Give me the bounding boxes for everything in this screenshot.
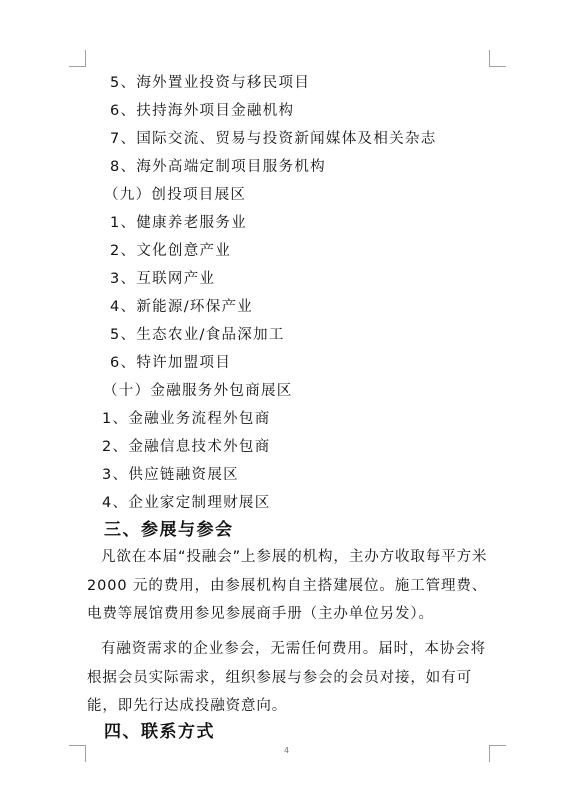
document-page: 5、海外置业投资与移民项目 6、扶持海外项目金融机构 7、国际交流、贸易与投资新… xyxy=(0,0,574,812)
list-item: 6、特许加盟项目 xyxy=(110,354,231,372)
crop-mark-bottom-right xyxy=(489,745,506,762)
list-item: 8、海外高端定制项目服务机构 xyxy=(110,158,326,176)
list-item: 1、健康养老服务业 xyxy=(110,214,247,232)
list-item: 1、金融业务流程外包商 xyxy=(102,410,271,428)
paragraph-financing-participants: 有融资需求的企业参会，无需任何费用。届时，本协会将根据会员实际需求，组织参展与参… xyxy=(87,635,491,721)
list-item: 5、生态农业/食品深加工 xyxy=(110,326,285,344)
list-item: 2、金融信息技术外包商 xyxy=(102,438,271,456)
heading-contact: 四、联系方式 xyxy=(104,722,215,742)
heading-participation: 三、参展与参会 xyxy=(104,520,234,540)
section-title: （九）创投项目展区 xyxy=(104,186,246,204)
crop-mark-top-left xyxy=(69,50,86,67)
list-item: 5、海外置业投资与移民项目 xyxy=(110,74,310,92)
crop-mark-bottom-left xyxy=(69,745,86,762)
list-item: 3、互联网产业 xyxy=(110,270,215,288)
list-item: 4、新能源/环保产业 xyxy=(110,298,253,316)
paragraph-text: 凡欲在本届“投融会”上参展的机构，主办方收取每平方米 2000 元的费用，由参展… xyxy=(87,549,487,622)
paragraph-exhibitor-fees: 凡欲在本届“投融会”上参展的机构，主办方收取每平方米 2000 元的费用，由参展… xyxy=(87,543,491,629)
crop-mark-top-right xyxy=(489,50,506,67)
section-title: （十）金融服务外包商展区 xyxy=(103,382,293,400)
list-item: 3、供应链融资展区 xyxy=(102,466,239,484)
list-item: 7、国际交流、贸易与投资新闻媒体及相关杂志 xyxy=(110,130,437,148)
page-number: 4 xyxy=(284,746,289,755)
list-item: 6、扶持海外项目金融机构 xyxy=(110,102,294,120)
paragraph-text: 有融资需求的企业参会，无需任何费用。届时，本协会将根据会员实际需求，组织参展与参… xyxy=(87,641,486,714)
list-item: 2、文化创意产业 xyxy=(110,242,231,260)
list-item: 4、企业家定制理财展区 xyxy=(102,494,271,512)
